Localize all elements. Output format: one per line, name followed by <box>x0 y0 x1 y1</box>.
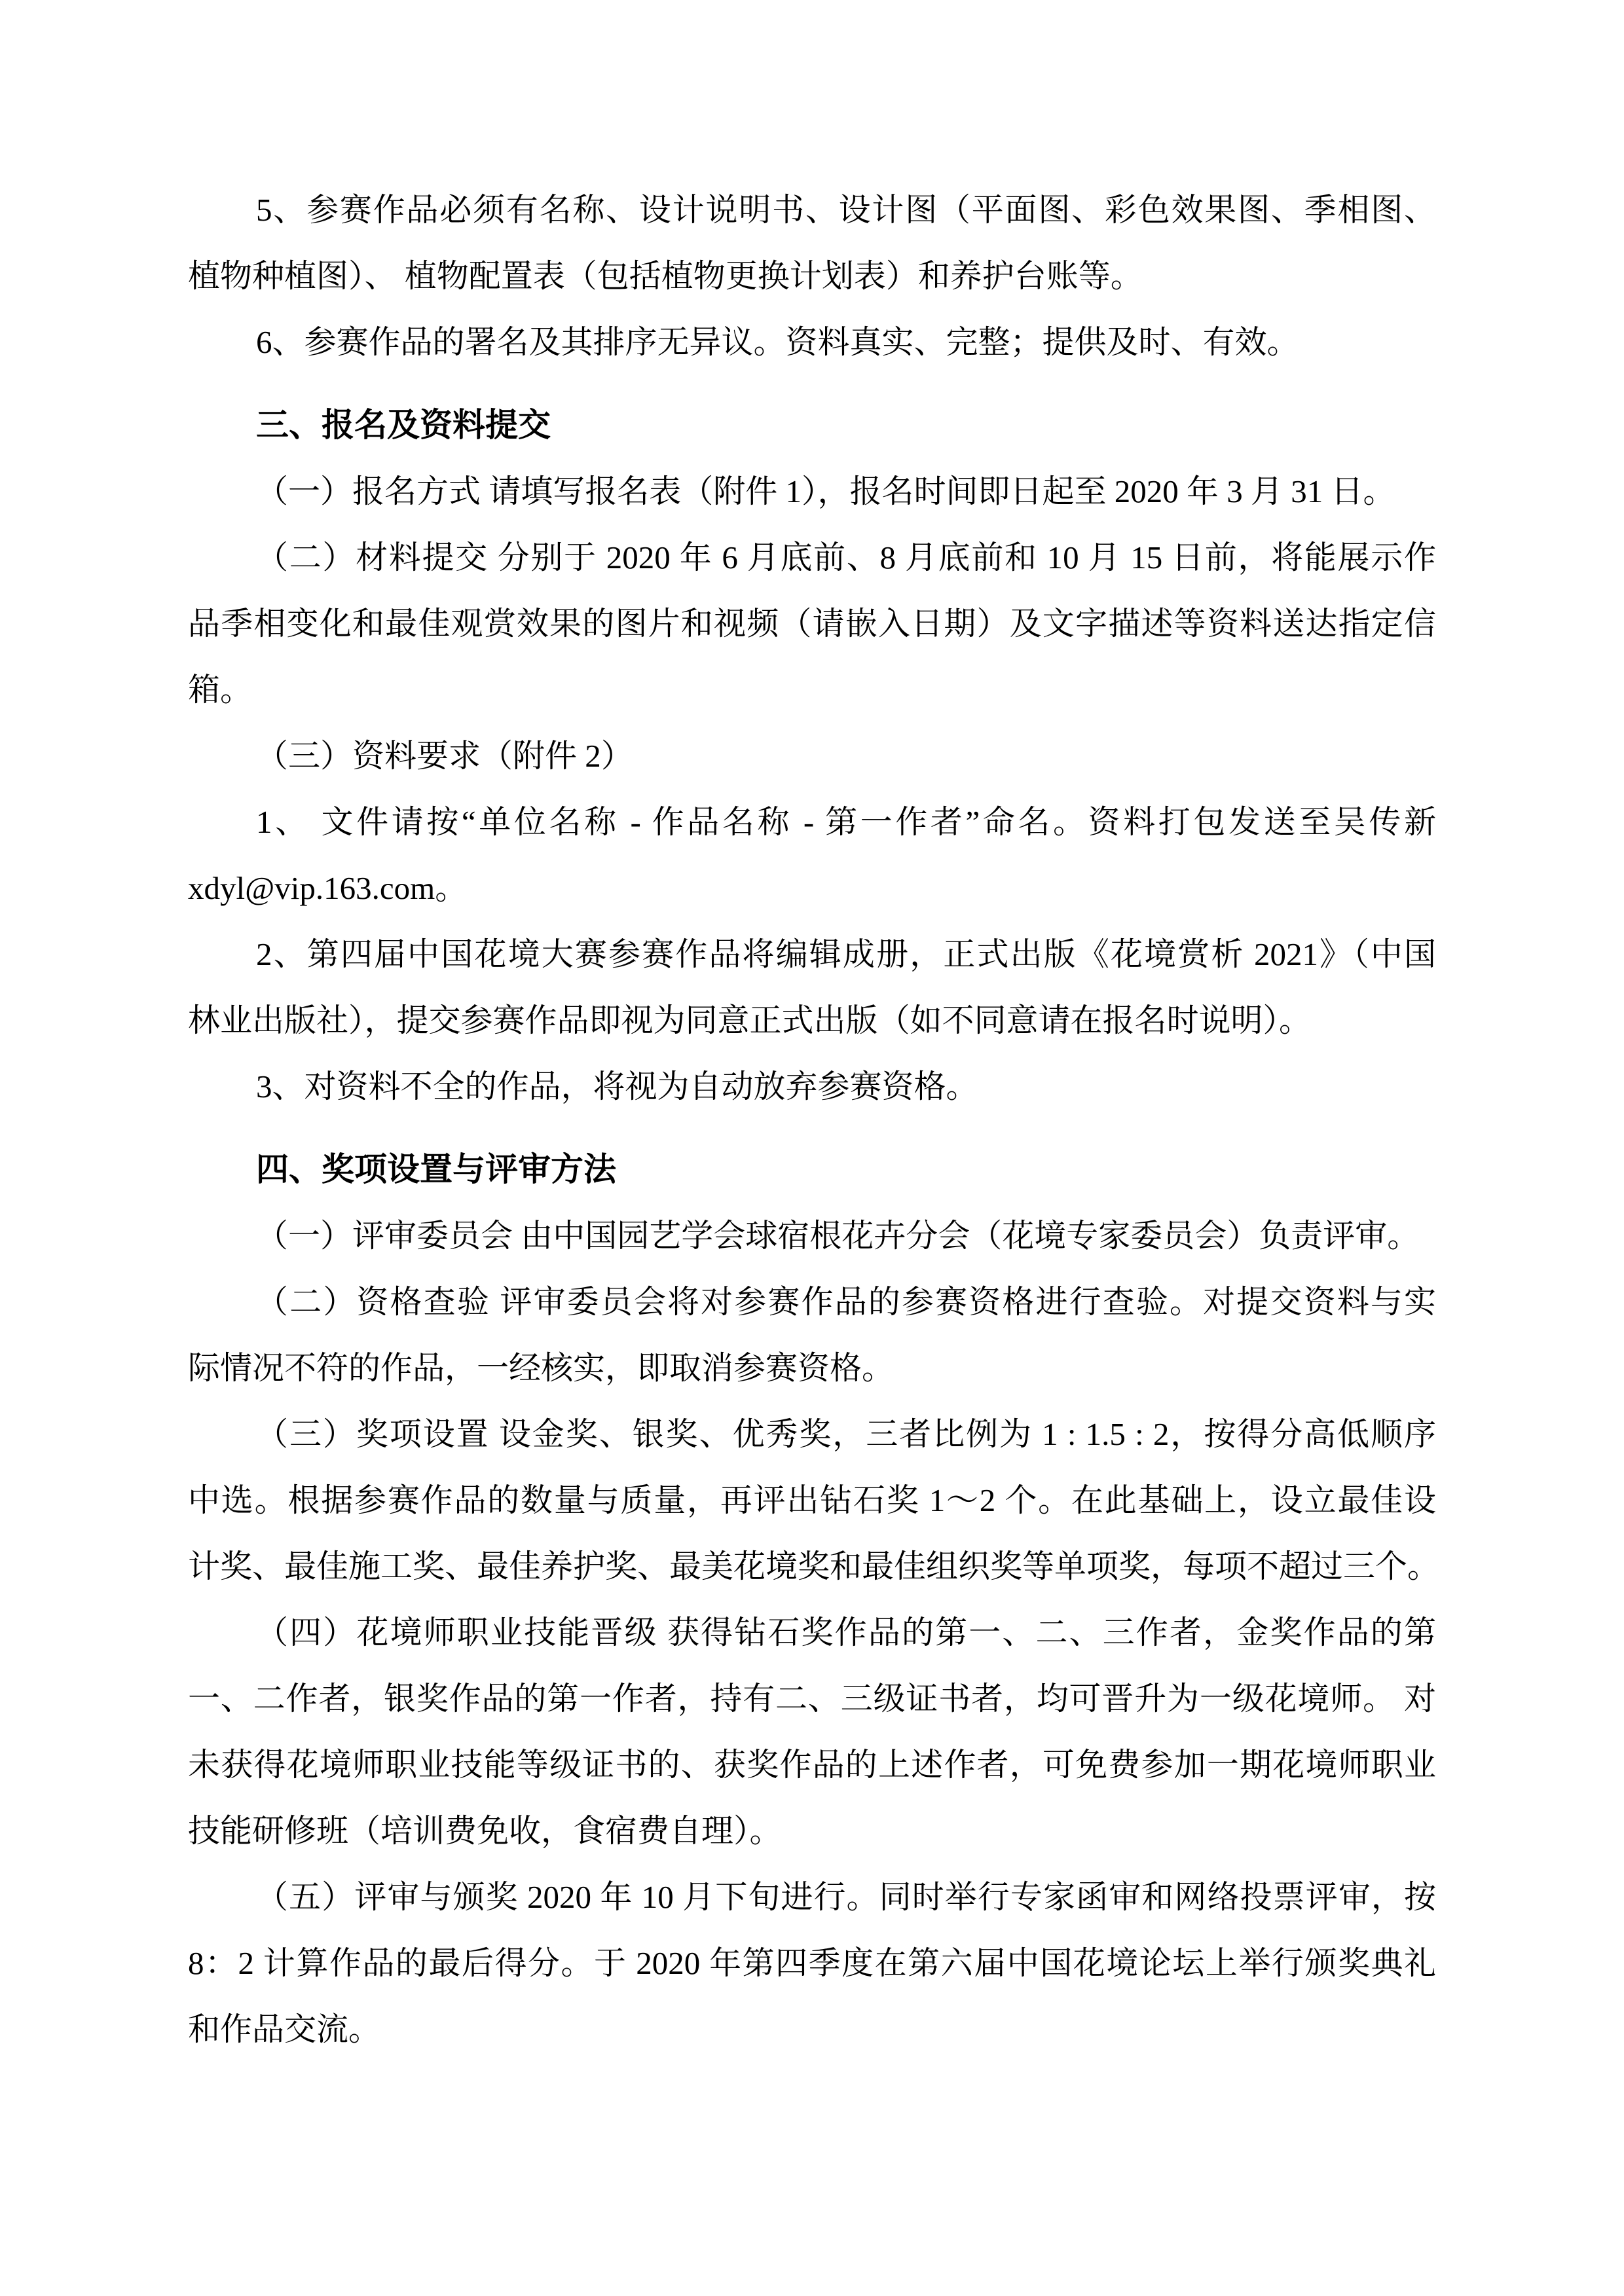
paragraph: 2、第四届中国花境大赛参赛作品将编辑成册，正式出版《花境赏析 2021》（中国林… <box>188 921 1436 1053</box>
text-line: （一）报名方式 请填写报名表（附件 1），报名时间即日起至 2020 年 3 月… <box>188 458 1436 524</box>
text-line: 3、对资料不全的作品，将视为自动放弃参赛资格。 <box>188 1053 1436 1120</box>
text-line: 中选。根据参赛作品的数量与质量，再评出钻石奖 1～2 个。在此基础上，设立最佳设 <box>188 1467 1436 1533</box>
paragraph: 6、参赛作品的署名及其排序无异议。资料真实、完整；提供及时、有效。 <box>188 309 1436 375</box>
text-line: 和作品交流。 <box>188 1996 1436 2062</box>
text-line: 林业出版社），提交参赛作品即视为同意正式出版（如不同意请在报名时说明）。 <box>188 987 1436 1053</box>
paragraph: （三）奖项设置 设金奖、银奖、优秀奖，三者比例为 1 : 1.5 : 2，按得分… <box>188 1401 1436 1599</box>
text-line: （一）评审委员会 由中国园艺学会球宿根花卉分会（花境专家委员会）负责评审。 <box>188 1203 1436 1269</box>
paragraph: 5、参赛作品必须有名称、设计说明书、设计图（平面图、彩色效果图、季相图、植物种植… <box>188 177 1436 309</box>
text-line: 植物种植图）、 植物配置表（包括植物更换计划表）和养护台账等。 <box>188 243 1436 309</box>
paragraph: （一）评审委员会 由中国园艺学会球宿根花卉分会（花境专家委员会）负责评审。 <box>188 1203 1436 1269</box>
text-line: 1、 文件请按“单位名称 - 作品名称 - 第一作者”命名。资料打包发送至吴传新 <box>188 789 1436 855</box>
paragraph: （三）资料要求（附件 2） <box>188 723 1436 789</box>
text-line: 箱。 <box>188 657 1436 723</box>
text-line: 技能研修班（培训费免收，食宿费自理）。 <box>188 1798 1436 1864</box>
paragraph: （二）材料提交 分别于 2020 年 6 月底前、8 月底前和 10 月 15 … <box>188 524 1436 723</box>
text-line: 2、第四届中国花境大赛参赛作品将编辑成册，正式出版《花境赏析 2021》（中国 <box>188 921 1436 987</box>
text-line: 品季相变化和最佳观赏效果的图片和视频（请嵌入日期）及文字描述等资料送达指定信 <box>188 591 1436 657</box>
text-line: （五）评审与颁奖 2020 年 10 月下旬进行。同时举行专家函审和网络投票评审… <box>188 1864 1436 1930</box>
document-page: 5、参赛作品必须有名称、设计说明书、设计图（平面图、彩色效果图、季相图、植物种植… <box>0 0 1624 2296</box>
heading-line: 三、报名及资料提交 <box>188 392 1436 458</box>
text-line: 未获得花境师职业技能等级证书的、获奖作品的上述作者，可免费参加一期花境师职业 <box>188 1732 1436 1798</box>
paragraph: （四）花境师职业技能晋级 获得钻石奖作品的第一、二、三作者，金奖作品的第一、二作… <box>188 1599 1436 1864</box>
document-body: 5、参赛作品必须有名称、设计说明书、设计图（平面图、彩色效果图、季相图、植物种植… <box>188 177 1436 2062</box>
text-line: 5、参赛作品必须有名称、设计说明书、设计图（平面图、彩色效果图、季相图、 <box>188 177 1436 243</box>
text-line: 计奖、最佳施工奖、最佳养护奖、最美花境奖和最佳组织奖等单项奖，每项不超过三个。 <box>188 1533 1436 1599</box>
paragraph: （二）资格查验 评审委员会将对参赛作品的参赛资格进行查验。对提交资料与实际情况不… <box>188 1269 1436 1401</box>
text-line: （二）材料提交 分别于 2020 年 6 月底前、8 月底前和 10 月 15 … <box>188 524 1436 591</box>
text-line: xdyl@vip.163.com。 <box>188 855 1436 921</box>
section-heading: 三、报名及资料提交 <box>188 392 1436 458</box>
text-line: 际情况不符的作品，一经核实，即取消参赛资格。 <box>188 1335 1436 1401</box>
text-line: （三）奖项设置 设金奖、银奖、优秀奖，三者比例为 1 : 1.5 : 2，按得分… <box>188 1401 1436 1467</box>
paragraph: 3、对资料不全的作品，将视为自动放弃参赛资格。 <box>188 1053 1436 1120</box>
heading-line: 四、奖项设置与评审方法 <box>188 1137 1436 1203</box>
paragraph: （一）报名方式 请填写报名表（附件 1），报名时间即日起至 2020 年 3 月… <box>188 458 1436 524</box>
text-line: 一、二作者，银奖作品的第一作者，持有二、三级证书者，均可晋升为一级花境师。 对 <box>188 1666 1436 1732</box>
text-line: （三）资料要求（附件 2） <box>188 723 1436 789</box>
paragraph: 1、 文件请按“单位名称 - 作品名称 - 第一作者”命名。资料打包发送至吴传新… <box>188 789 1436 921</box>
paragraph: （五）评审与颁奖 2020 年 10 月下旬进行。同时举行专家函审和网络投票评审… <box>188 1864 1436 2062</box>
text-line: 8：2 计算作品的最后得分。于 2020 年第四季度在第六届中国花境论坛上举行颁… <box>188 1930 1436 1996</box>
text-line: （二）资格查验 评审委员会将对参赛作品的参赛资格进行查验。对提交资料与实 <box>188 1269 1436 1335</box>
text-line: （四）花境师职业技能晋级 获得钻石奖作品的第一、二、三作者，金奖作品的第 <box>188 1599 1436 1666</box>
text-line: 6、参赛作品的署名及其排序无异议。资料真实、完整；提供及时、有效。 <box>188 309 1436 375</box>
section-heading: 四、奖项设置与评审方法 <box>188 1137 1436 1203</box>
